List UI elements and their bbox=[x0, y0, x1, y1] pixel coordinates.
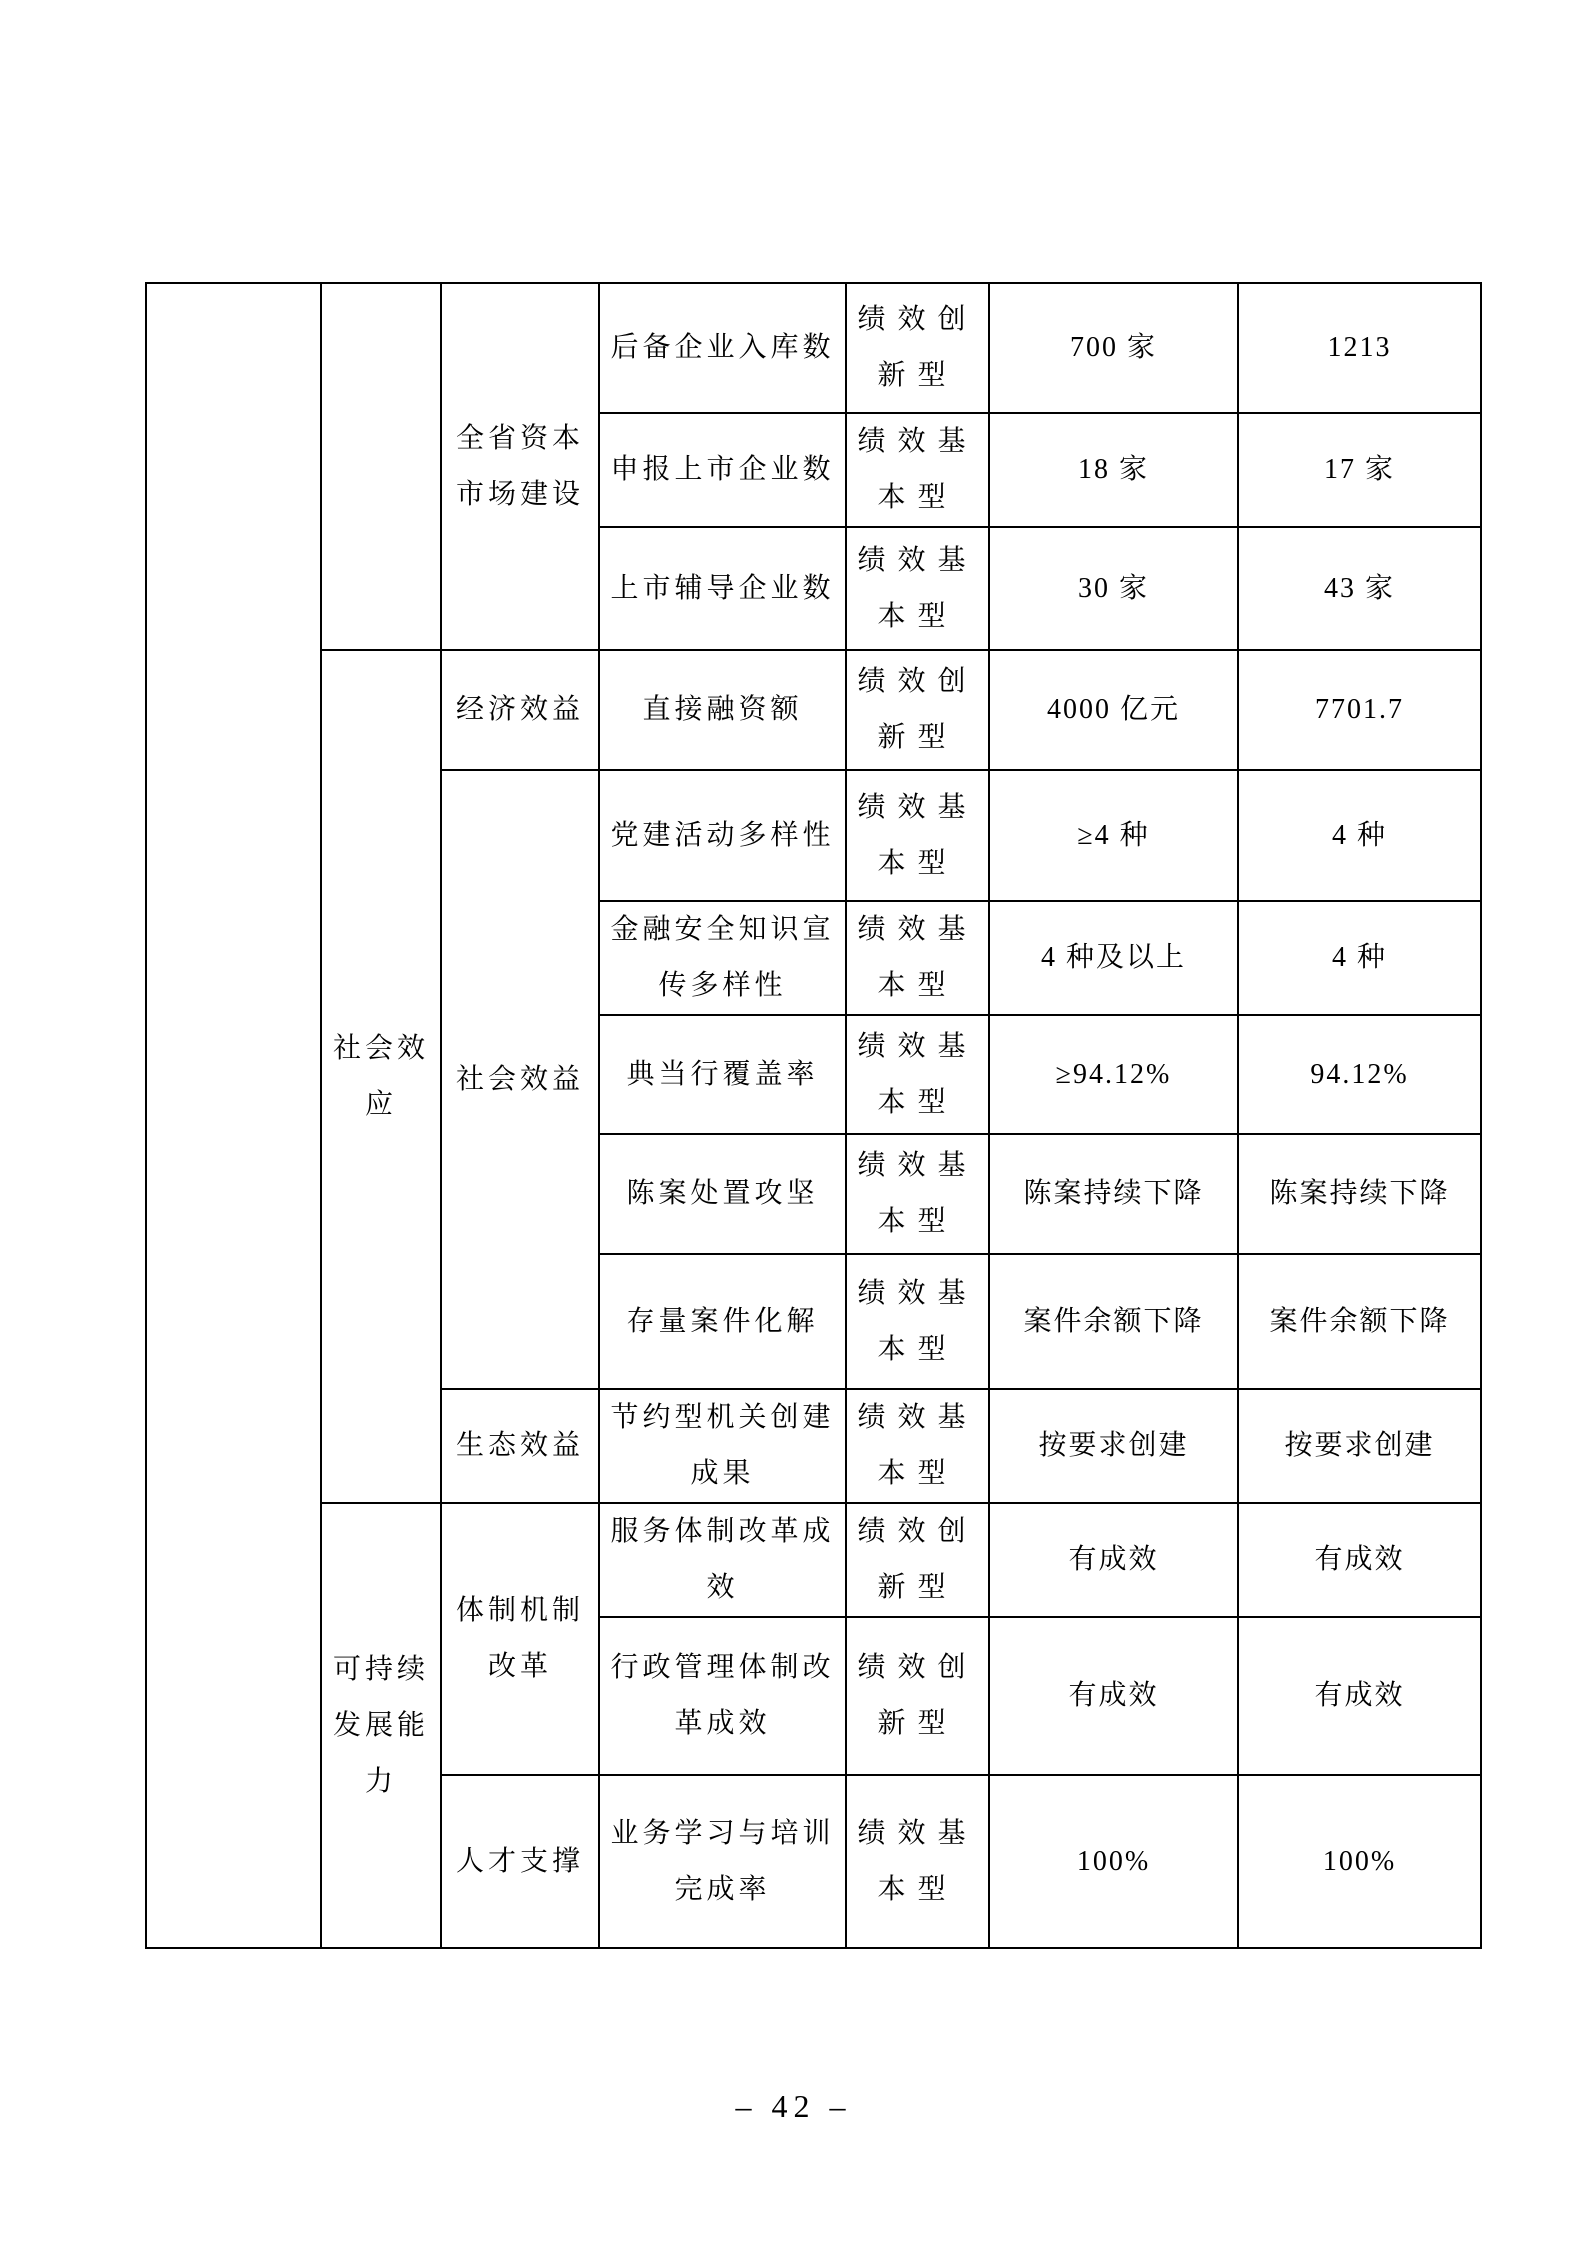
target-cell: 案件余额下降 bbox=[989, 1254, 1238, 1389]
indicator-cell: 业务学习与培训完成率 bbox=[599, 1775, 846, 1948]
indicator-cell: 典当行覆盖率 bbox=[599, 1015, 846, 1134]
type-cell: 绩效基本型 bbox=[846, 1775, 989, 1948]
indicator-cell: 存量案件化解 bbox=[599, 1254, 846, 1389]
target-cell: 有成效 bbox=[989, 1617, 1238, 1775]
indicator-cell: 后备企业入库数 bbox=[599, 283, 846, 413]
document-page: 全省资本市场建设 后备企业入库数 绩效创新型 700 家 1213 申报上市企业… bbox=[0, 0, 1587, 2245]
indicator-cell: 上市辅导企业数 bbox=[599, 527, 846, 650]
indicator-cell: 党建活动多样性 bbox=[599, 770, 846, 901]
performance-indicator-table: 全省资本市场建设 后备企业入库数 绩效创新型 700 家 1213 申报上市企业… bbox=[145, 282, 1482, 1949]
target-cell: 按要求创建 bbox=[989, 1389, 1238, 1503]
actual-cell: 4 种 bbox=[1238, 770, 1481, 901]
page-number: – 42 – bbox=[0, 2088, 1587, 2125]
target-cell: 陈案持续下降 bbox=[989, 1134, 1238, 1254]
section-cell-talent-support: 人才支撑 bbox=[441, 1775, 599, 1948]
type-cell: 绩效基本型 bbox=[846, 1389, 989, 1503]
indicator-cell: 节约型机关创建成果 bbox=[599, 1389, 846, 1503]
type-cell: 绩效基本型 bbox=[846, 527, 989, 650]
section-cell-social-effect: 社会效应 bbox=[321, 650, 441, 1503]
target-cell: 100% bbox=[989, 1775, 1238, 1948]
section-cell-economic-benefit: 经济效益 bbox=[441, 650, 599, 770]
target-cell: 700 家 bbox=[989, 283, 1238, 413]
target-cell: ≥4 种 bbox=[989, 770, 1238, 901]
table-row: 可持续发展能力 体制机制改革 服务体制改革成效 绩效创新型 有成效 有成效 bbox=[146, 1503, 1481, 1617]
target-cell: 4000 亿元 bbox=[989, 650, 1238, 770]
indicator-cell: 服务体制改革成效 bbox=[599, 1503, 846, 1617]
actual-cell: 7701.7 bbox=[1238, 650, 1481, 770]
secondary-indicator-empty-cell bbox=[321, 283, 441, 650]
type-cell: 绩效基本型 bbox=[846, 770, 989, 901]
table-row: 社会效应 经济效益 直接融资额 绩效创新型 4000 亿元 7701.7 bbox=[146, 650, 1481, 770]
actual-cell: 有成效 bbox=[1238, 1503, 1481, 1617]
target-cell: 4 种及以上 bbox=[989, 901, 1238, 1015]
actual-cell: 有成效 bbox=[1238, 1617, 1481, 1775]
section-cell-capital-market: 全省资本市场建设 bbox=[441, 283, 599, 650]
section-cell-system-reform: 体制机制改革 bbox=[441, 1503, 599, 1775]
actual-cell: 按要求创建 bbox=[1238, 1389, 1481, 1503]
actual-cell: 94.12% bbox=[1238, 1015, 1481, 1134]
target-cell: 有成效 bbox=[989, 1503, 1238, 1617]
target-cell: 18 家 bbox=[989, 413, 1238, 527]
target-cell: 30 家 bbox=[989, 527, 1238, 650]
actual-cell: 4 种 bbox=[1238, 901, 1481, 1015]
type-cell: 绩效基本型 bbox=[846, 901, 989, 1015]
actual-cell: 陈案持续下降 bbox=[1238, 1134, 1481, 1254]
type-cell: 绩效创新型 bbox=[846, 283, 989, 413]
indicator-cell: 行政管理体制改革成效 bbox=[599, 1617, 846, 1775]
indicator-cell: 金融安全知识宣传多样性 bbox=[599, 901, 846, 1015]
primary-indicator-empty-cell bbox=[146, 283, 321, 1948]
indicator-cell: 陈案处置攻坚 bbox=[599, 1134, 846, 1254]
target-cell: ≥94.12% bbox=[989, 1015, 1238, 1134]
type-cell: 绩效创新型 bbox=[846, 1617, 989, 1775]
type-cell: 绩效基本型 bbox=[846, 1015, 989, 1134]
section-cell-social-benefit: 社会效益 bbox=[441, 770, 599, 1389]
indicator-cell: 直接融资额 bbox=[599, 650, 846, 770]
actual-cell: 43 家 bbox=[1238, 527, 1481, 650]
indicator-cell: 申报上市企业数 bbox=[599, 413, 846, 527]
section-cell-sustainable: 可持续发展能力 bbox=[321, 1503, 441, 1948]
actual-cell: 案件余额下降 bbox=[1238, 1254, 1481, 1389]
table-row: 全省资本市场建设 后备企业入库数 绩效创新型 700 家 1213 bbox=[146, 283, 1481, 413]
type-cell: 绩效基本型 bbox=[846, 1254, 989, 1389]
type-cell: 绩效创新型 bbox=[846, 650, 989, 770]
actual-cell: 17 家 bbox=[1238, 413, 1481, 527]
type-cell: 绩效创新型 bbox=[846, 1503, 989, 1617]
actual-cell: 1213 bbox=[1238, 283, 1481, 413]
section-cell-eco-benefit: 生态效益 bbox=[441, 1389, 599, 1503]
actual-cell: 100% bbox=[1238, 1775, 1481, 1948]
type-cell: 绩效基本型 bbox=[846, 413, 989, 527]
type-cell: 绩效基本型 bbox=[846, 1134, 989, 1254]
